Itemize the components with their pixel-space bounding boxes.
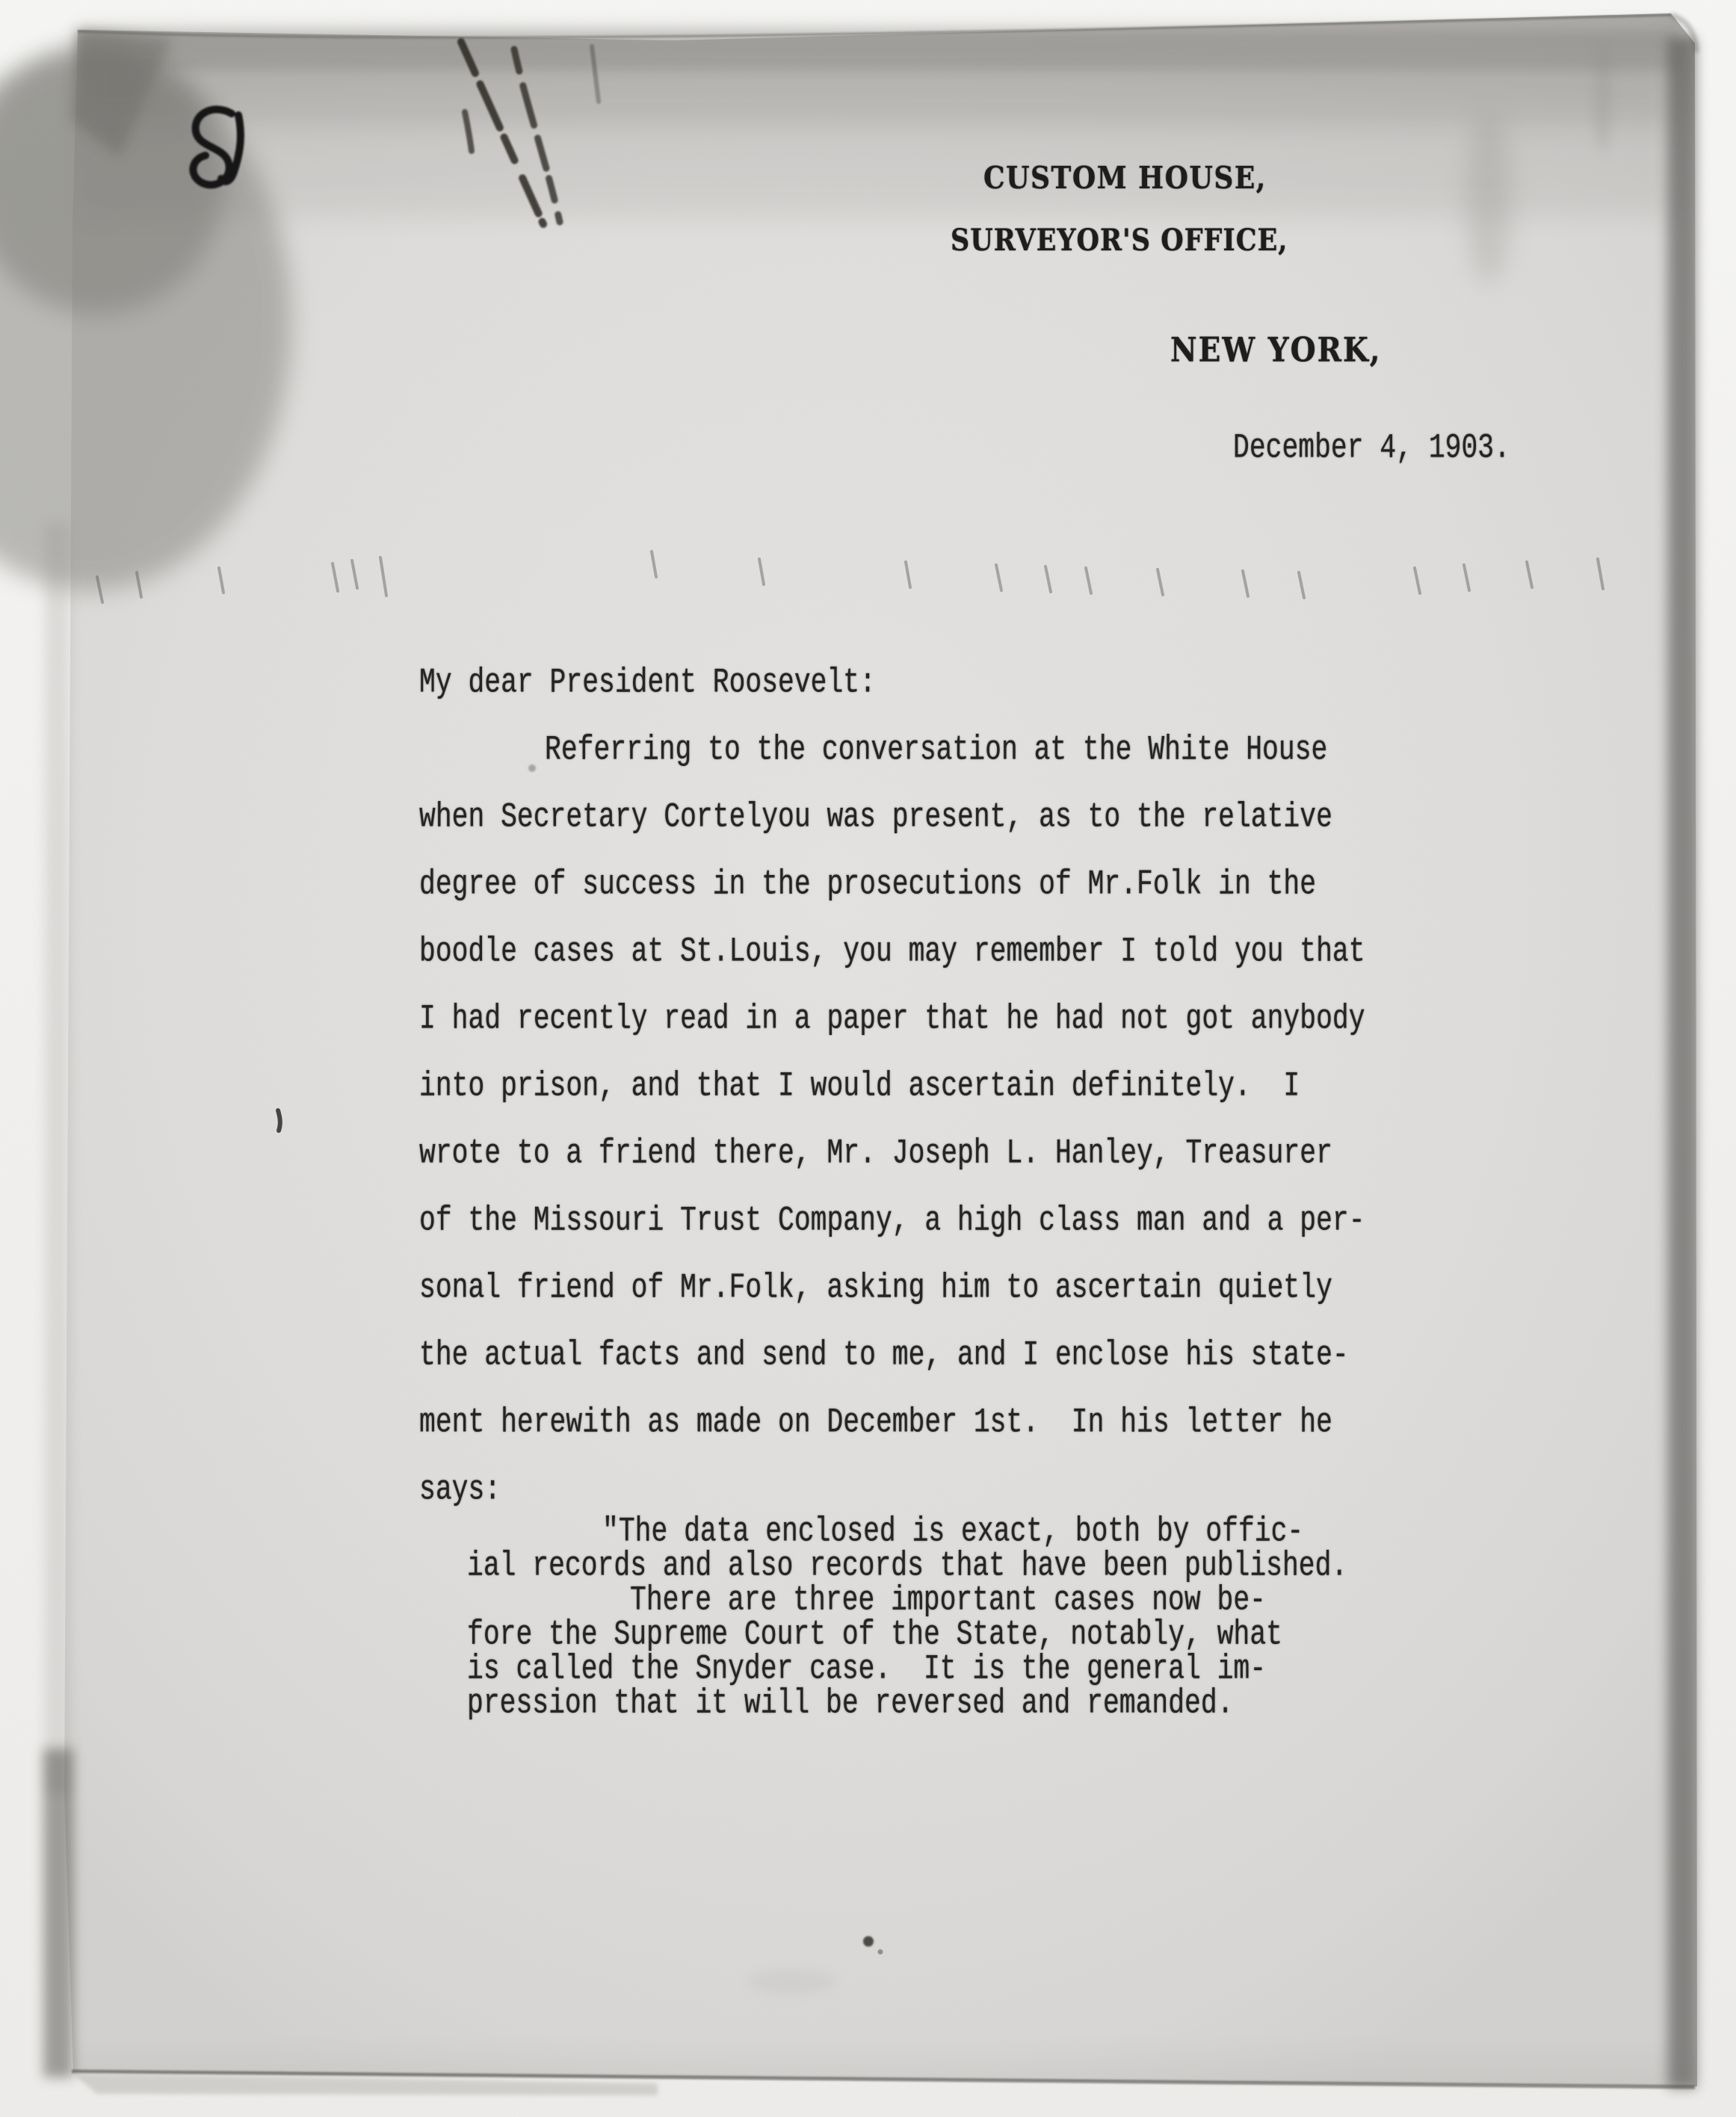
body-line: wrote to a friend there, Mr. Joseph L. H… bbox=[419, 1133, 1332, 1175]
body-line: says: bbox=[419, 1469, 501, 1511]
body-line: when Secretary Cortelyou was present, as… bbox=[419, 797, 1332, 838]
body-line: of the Missouri Trust Company, a high cl… bbox=[419, 1200, 1365, 1242]
body-line: into prison, and that I would ascertain … bbox=[419, 1066, 1300, 1107]
body-line: ment herewith as made on December 1st. I… bbox=[419, 1402, 1332, 1444]
salutation: My dear President Roosevelt: bbox=[419, 662, 876, 704]
body-line: sonal friend of Mr.Folk, asking him to a… bbox=[419, 1267, 1332, 1309]
letter-date: December 4, 1903. bbox=[1233, 427, 1510, 469]
letterhead-office-line2: SURVEYOR'S OFFICE, bbox=[951, 223, 1288, 258]
letterhead-city: NEW YORK, bbox=[1170, 330, 1381, 370]
quote-line: pression that it will be reversed and re… bbox=[467, 1683, 1234, 1725]
page-texture bbox=[45, 13, 1698, 2098]
letterhead-office-line1: CUSTOM HOUSE, bbox=[983, 160, 1267, 196]
scan-artifacts-overlay bbox=[0, 0, 1736, 2117]
body-line: I had recently read in a paper that he h… bbox=[419, 998, 1365, 1040]
body-line: the actual facts and send to me, and I e… bbox=[419, 1335, 1349, 1376]
scanned-letter: CUSTOM HOUSE, SURVEYOR'S OFFICE, NEW YOR… bbox=[0, 0, 1736, 2117]
body-line: degree of success in the prosecutions of… bbox=[419, 864, 1316, 906]
body-line: boodle cases at St.Louis, you may rememb… bbox=[419, 931, 1365, 973]
body-line: Referring to the conversation at the Whi… bbox=[545, 729, 1327, 771]
